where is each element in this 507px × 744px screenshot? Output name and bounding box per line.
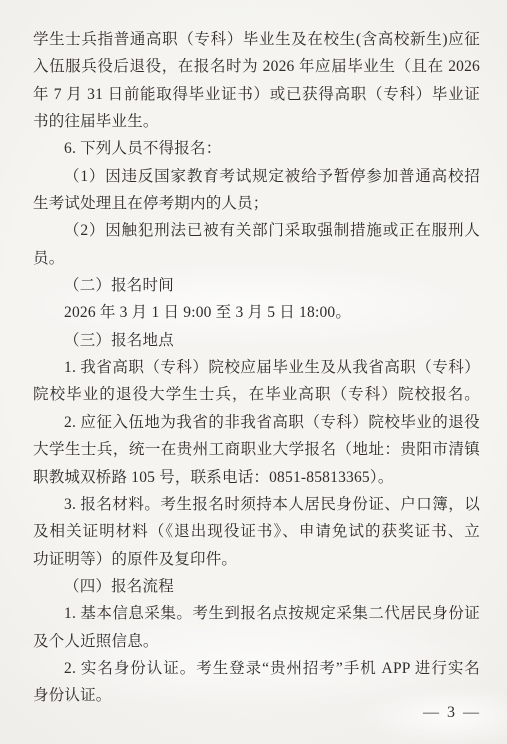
text-line: 2. 实名身份认证。考生登录“贵州招考”手机 APP 进行实名 (33, 655, 480, 682)
text-line: 2. 应征入伍地为我省的非我省高职（专科）院校毕业的退役 (33, 409, 480, 436)
text-line: （2）因触犯刑法已被有关部门采取强制措施或正在服刑人 (33, 217, 480, 244)
section-heading: （二）报名时间 (33, 272, 480, 299)
text-line: 书的往届毕业生。 (33, 108, 480, 135)
text-line: 院校毕业的退役大学生士兵，在毕业高职（专科）院校报名。 (33, 381, 480, 408)
text-line: 员。 (33, 245, 480, 272)
document-page: 学生士兵指普通高职（专科）毕业生及在校生(含高校新生)应征 入伍服兵役后退役，在… (0, 0, 507, 744)
section-heading: （三）报名地点 (33, 327, 480, 354)
text-line: 6. 下列人员不得报名： (33, 135, 480, 162)
text-line: 3. 报名材料。考生报名时须持本人居民身份证、户口簿，以 (33, 491, 480, 518)
page-number: — 3 — (423, 704, 481, 722)
text-line: 1. 我省高职（专科）院校应届毕业生及从我省高职（专科） (33, 354, 480, 381)
text-line: 职教城双桥路 105 号，联系电话：0851-85813365）。 (33, 464, 480, 491)
text-line: （1）因违反国家教育考试规定被给予暂停参加普通高校招 (33, 163, 480, 190)
document-body: 学生士兵指普通高职（专科）毕业生及在校生(含高校新生)应征 入伍服兵役后退役，在… (33, 26, 480, 710)
text-line: 年 7 月 31 日前能取得毕业证书）或已获得高职（专科）毕业证 (33, 81, 480, 108)
text-line: 功证明等）的原件及复印件。 (33, 546, 480, 573)
section-heading: （四）报名流程 (33, 573, 480, 600)
text-line: 入伍服兵役后退役，在报名时为 2026 年应届毕业生（且在 2026 (33, 53, 480, 80)
text-line: 学生士兵指普通高职（专科）毕业生及在校生(含高校新生)应征 (33, 26, 480, 53)
text-line: 2026 年 3 月 1 日 9:00 至 3 月 5 日 18:00。 (33, 299, 480, 326)
text-line: 及相关证明材料（《退出现役证书》、申请免试的获奖证书、立 (33, 518, 480, 545)
text-line: 及个人近照信息。 (33, 628, 480, 655)
text-line: 身份认证。 (33, 682, 480, 709)
text-line: 1. 基本信息采集。考生到报名点按规定采集二代居民身份证 (33, 600, 480, 627)
text-line: 生考试处理且在停考期内的人员； (33, 190, 480, 217)
text-line: 大学生士兵，统一在贵州工商职业大学报名（地址：贵阳市清镇 (33, 436, 480, 463)
